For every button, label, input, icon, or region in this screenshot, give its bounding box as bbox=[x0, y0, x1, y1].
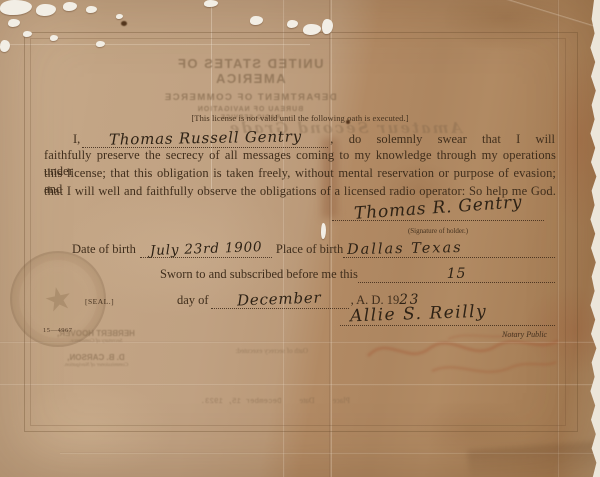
month-handwriting: December bbox=[237, 289, 322, 310]
birth-row: Date of birth July 23rd 1900 Place of bi… bbox=[72, 241, 555, 258]
holder-signature-field: Thomas R. Gentry bbox=[332, 198, 544, 221]
pob-field: Dallas Texas bbox=[343, 241, 555, 258]
dob-field: July 23rd 1900 bbox=[140, 241, 272, 258]
dob-handwriting: July 23rd 1900 bbox=[149, 239, 262, 259]
sworn-row: Sworn to and subscribed before me this 1… bbox=[160, 266, 555, 283]
signature-line: Thomas R. Gentry bbox=[332, 198, 544, 221]
holder-name-field: Thomas Russell Gentry bbox=[82, 129, 328, 148]
notary-signature-field: Allie S. Reilly bbox=[340, 304, 555, 326]
oath-line-1: I, Thomas Russell Gentry , do solemnly s… bbox=[73, 129, 555, 148]
document-content: [This license is not valid until the fol… bbox=[0, 0, 600, 477]
sworn-day-handwriting: 15 bbox=[447, 266, 466, 282]
day-of-label: day of bbox=[177, 293, 209, 308]
pob-label: Place of birth bbox=[276, 242, 343, 257]
oath-line-1-text: , do solemnly swear that I will bbox=[330, 132, 555, 147]
form-number: 15—4967 bbox=[43, 327, 73, 334]
signature-caption: (Signature of holder.) bbox=[332, 227, 544, 235]
notary-title: Notary Public bbox=[502, 330, 547, 339]
oath-prefix: I, bbox=[73, 132, 80, 147]
sworn-statement: Sworn to and subscribed before me this bbox=[160, 267, 358, 282]
seal-note: [SEAL.] bbox=[85, 297, 177, 306]
notary-signature-line: Allie S. Reilly bbox=[340, 304, 555, 326]
notary-signature-handwriting: Allie S. Reilly bbox=[350, 302, 488, 327]
holder-name-handwriting: Thomas Russell Gentry bbox=[109, 127, 302, 148]
month-field: December bbox=[211, 290, 349, 309]
pob-handwriting: Dallas Texas bbox=[347, 240, 463, 258]
dob-label: Date of birth bbox=[72, 242, 136, 257]
validity-notice: [This license is not valid until the fol… bbox=[0, 113, 600, 123]
sworn-day-field: 15 bbox=[358, 266, 555, 283]
oath-document-scan: UNITED STATES OF AMERICA DEPARTMENT OF C… bbox=[0, 0, 600, 477]
